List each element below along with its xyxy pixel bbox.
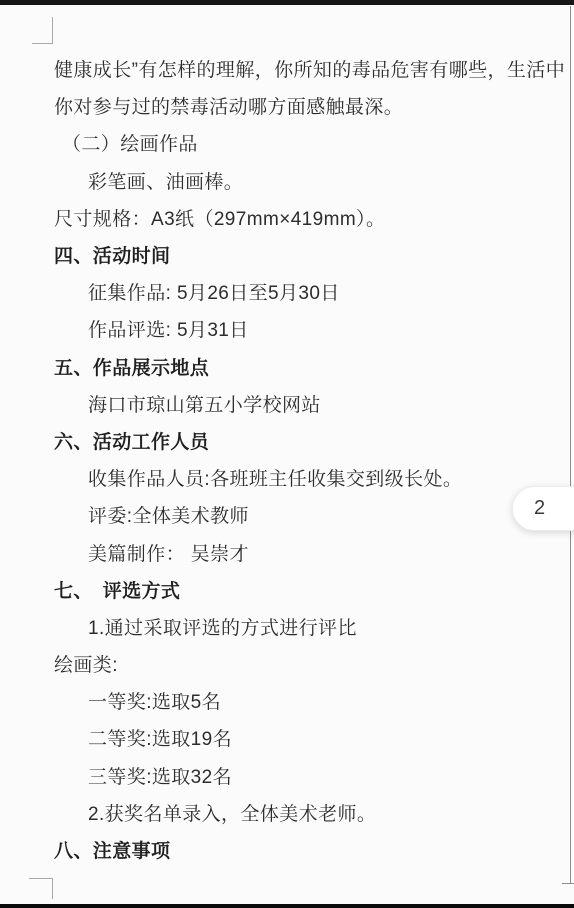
document-line: 一等奖:选取5名: [0, 682, 574, 719]
document-line: （二）绘画作品: [0, 124, 574, 161]
document-line: 美篇制作： 吴崇才: [0, 533, 574, 570]
document-line-text: 海口市琼山第五小学校网站: [88, 390, 321, 417]
document-line: 你对参与过的禁毒活动哪方面感触最深。: [0, 87, 574, 124]
page-number: 2: [534, 497, 545, 520]
document-line: 健康成长”有怎样的理解，你所知的毒品危害有哪些，生活中: [0, 50, 574, 87]
document-line: 六、活动工作人员: [0, 422, 574, 459]
crop-mark-top-left-horizontal: [32, 43, 53, 44]
document-line: 二等奖:选取19名: [0, 719, 574, 756]
document-line-text: （二）绘画作品: [62, 129, 198, 156]
document-line-text: 健康成长”有怎样的理解，你所知的毒品危害有哪些，生活中: [54, 55, 565, 82]
document-line: 七、 评选方式: [0, 571, 574, 608]
document-line-text: 征集作品: 5月26日至5月30日: [88, 278, 340, 305]
document-line: 收集作品人员:各班班主任收集交到级长处。: [0, 459, 574, 496]
document-body: 健康成长”有怎样的理解，你所知的毒品危害有哪些，生活中你对参与过的禁毒活动哪方面…: [0, 50, 574, 868]
document-line: 2.获奖名单录入，全体美术老师。: [0, 794, 574, 831]
document-line: 作品评选: 5月31日: [0, 310, 574, 347]
document-line-text: 你对参与过的禁毒活动哪方面感触最深。: [54, 92, 403, 119]
document-line-text: 美篇制作： 吴崇才: [88, 539, 249, 566]
document-line-text: 二等奖:选取19名: [88, 724, 232, 751]
document-line: 1.通过采取评选的方式进行评比: [0, 608, 574, 645]
document-line-text: 绘画类:: [54, 650, 118, 677]
top-edge-bar: [0, 0, 574, 5]
document-line: 三等奖:选取32名: [0, 757, 574, 794]
page-number-badge[interactable]: 2: [512, 486, 574, 531]
document-line-text: 1.通过采取评选的方式进行评比: [88, 613, 357, 640]
crop-mark-bottom-left-horizontal: [29, 878, 53, 879]
document-line-text: 彩笔画、油画棒。: [88, 167, 243, 194]
document-line: 绘画类:: [0, 645, 574, 682]
document-line-text: 四、活动时间: [54, 241, 170, 268]
document-line-text: 收集作品人员:各班班主任收集交到级长处。: [88, 464, 462, 491]
document-line-text: 评委:全体美术教师: [88, 501, 249, 528]
document-line-text: 五、作品展示地点: [54, 353, 209, 380]
document-line: 征集作品: 5月26日至5月30日: [0, 273, 574, 310]
document-line: 评委:全体美术教师: [0, 496, 574, 533]
document-line-text: 八、注意事项: [54, 836, 170, 863]
document-page: 健康成长”有怎样的理解，你所知的毒品危害有哪些，生活中你对参与过的禁毒活动哪方面…: [0, 0, 574, 908]
document-line-text: 一等奖:选取5名: [88, 687, 221, 714]
bottom-edge-bar: [0, 904, 574, 908]
document-line: 五、作品展示地点: [0, 348, 574, 385]
document-line-text: 作品评选: 5月31日: [88, 315, 249, 342]
document-line: 八、注意事项: [0, 831, 574, 868]
document-line: 彩笔画、油画棒。: [0, 162, 574, 199]
crop-mark-top-left-vertical: [52, 17, 53, 44]
document-line: 尺寸规格：A3纸（297mm×419mm）。: [0, 199, 574, 236]
page-right-edge-tick: [562, 883, 574, 884]
crop-mark-bottom-left-vertical: [52, 878, 53, 899]
document-line-text: 三等奖:选取32名: [88, 762, 232, 789]
document-line-text: 尺寸规格：A3纸（297mm×419mm）。: [54, 204, 385, 231]
document-line-text: 2.获奖名单录入，全体美术老师。: [88, 799, 376, 826]
document-line: 四、活动时间: [0, 236, 574, 273]
document-line: 海口市琼山第五小学校网站: [0, 385, 574, 422]
document-line-text: 七、 评选方式: [54, 576, 180, 603]
document-line-text: 六、活动工作人员: [54, 427, 209, 454]
